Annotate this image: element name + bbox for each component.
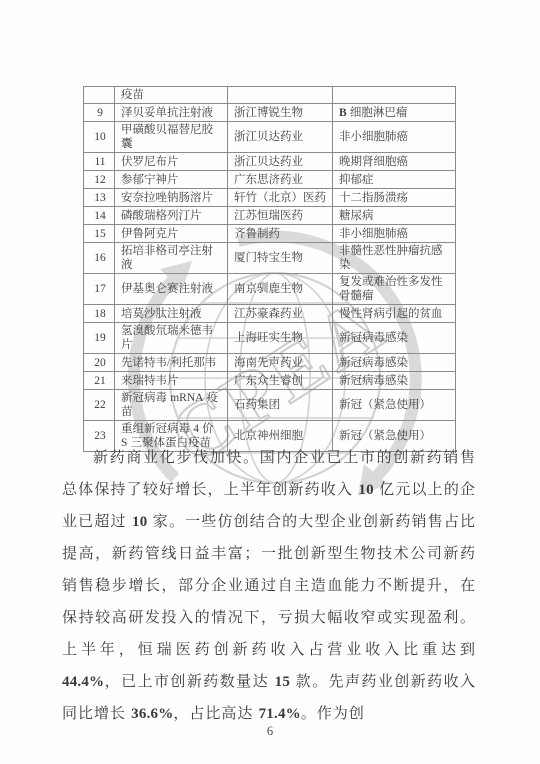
cell-no: 19 <box>84 323 115 354</box>
cell-no: 9 <box>84 104 115 122</box>
cell-indication: 十二指肠溃疡 <box>333 189 456 207</box>
table-row: 16 拓培非格司亭注射液 厦门特宝生物 非髓性恶性肿瘤抗感染 <box>84 243 456 274</box>
cell-indication: 抑郁症 <box>333 171 456 189</box>
cell-name: 先诺特韦/利托那韦 <box>115 354 228 372</box>
cell-indication: 非髓性恶性肿瘤抗感染 <box>333 243 456 274</box>
cell-company: 厦门特宝生物 <box>228 243 333 274</box>
cell-company: 浙江贝达药业 <box>228 153 333 171</box>
cell-company: 上海旺实生物 <box>228 323 333 354</box>
cell-no: 12 <box>84 171 115 189</box>
cell-no: 14 <box>84 207 115 225</box>
cell-name: 伏罗尼布片 <box>115 153 228 171</box>
cell-name: 新冠病毒 mRNA 疫苗 <box>115 390 228 421</box>
cell-name: 磷酸瑞格列汀片 <box>115 207 228 225</box>
cell-no <box>84 87 115 104</box>
table-row: 14 磷酸瑞格列汀片 江苏恒瑞医药 糖尿病 <box>84 207 456 225</box>
cell-company: 石药集团 <box>228 390 333 421</box>
cell-no: 13 <box>84 189 115 207</box>
cell-company: 浙江博锐生物 <box>228 104 333 122</box>
cell-name: 泽贝妥单抗注射液 <box>115 104 228 122</box>
table-row: 18 培莫沙肽注射液 江苏豪森药业 慢性肾病引起的贫血 <box>84 305 456 323</box>
cell-name: 伊鲁阿克片 <box>115 225 228 243</box>
cell-name: 甲磺酸贝福替尼胶囊 <box>115 122 228 153</box>
table-row: 19 氢溴酸氘瑞米德韦片 上海旺实生物 新冠病毒感染 <box>84 323 456 354</box>
cell-indication: 糖尿病 <box>333 207 456 225</box>
cell-indication <box>333 87 456 104</box>
table-row: 10 甲磺酸贝福替尼胶囊 浙江贝达药业 非小细胞肺癌 <box>84 122 456 153</box>
cell-company: 南京驯鹿生物 <box>228 274 333 305</box>
cell-no: 18 <box>84 305 115 323</box>
cell-no: 11 <box>84 153 115 171</box>
table-row: 21 来瑞特韦片 广东众生睿创 新冠病毒感染 <box>84 372 456 390</box>
table-row: 20 先诺特韦/利托那韦 海南先声药业 新冠病毒感染 <box>84 354 456 372</box>
table-row: 17 伊基奥仑赛注射液 南京驯鹿生物 复发或难治性多发性骨髓瘤 <box>84 274 456 305</box>
drug-table: 疫苗 9 泽贝妥单抗注射液 浙江博锐生物 B 细胞淋巴瘤 10 甲磺酸贝福替尼胶… <box>83 86 456 452</box>
cell-indication: 慢性肾病引起的贫血 <box>333 305 456 323</box>
cell-no: 20 <box>84 354 115 372</box>
cell-no: 17 <box>84 274 115 305</box>
cell-name: 来瑞特韦片 <box>115 372 228 390</box>
table-row: 13 安奈拉唑钠肠溶片 轩竹（北京）医药 十二指肠溃疡 <box>84 189 456 207</box>
cell-indication: 新冠病毒感染 <box>333 323 456 354</box>
cell-indication: 新冠病毒感染 <box>333 372 456 390</box>
cell-name: 氢溴酸氘瑞米德韦片 <box>115 323 228 354</box>
cell-company: 海南先声药业 <box>228 354 333 372</box>
cell-company: 广东众生睿创 <box>228 372 333 390</box>
cell-no: 21 <box>84 372 115 390</box>
cell-indication: 新冠病毒感染 <box>333 354 456 372</box>
cell-no: 16 <box>84 243 115 274</box>
table-row-continuation: 疫苗 <box>84 87 456 104</box>
cell-name: 培莫沙肽注射液 <box>115 305 228 323</box>
cell-company: 齐鲁制药 <box>228 225 333 243</box>
cell-name: 安奈拉唑钠肠溶片 <box>115 189 228 207</box>
cell-indication: 晚期肾细胞癌 <box>333 153 456 171</box>
drug-table-body: 疫苗 9 泽贝妥单抗注射液 浙江博锐生物 B 细胞淋巴瘤 10 甲磺酸贝福替尼胶… <box>84 87 456 452</box>
cell-company: 江苏恒瑞医药 <box>228 207 333 225</box>
cell-company: 广东思济药业 <box>228 171 333 189</box>
table-row: 15 伊鲁阿克片 齐鲁制药 非小细胞肺癌 <box>84 225 456 243</box>
table-row: 9 泽贝妥单抗注射液 浙江博锐生物 B 细胞淋巴瘤 <box>84 104 456 122</box>
cell-name: 拓培非格司亭注射液 <box>115 243 228 274</box>
cell-indication: B 细胞淋巴瘤 <box>333 104 456 122</box>
cell-name: 伊基奥仑赛注射液 <box>115 274 228 305</box>
cell-indication: 非小细胞肺癌 <box>333 122 456 153</box>
page-number: 6 <box>0 724 540 739</box>
cell-company <box>228 87 333 104</box>
cell-indication: 新冠（紧急使用） <box>333 390 456 421</box>
cell-indication: 复发或难治性多发性骨髓瘤 <box>333 274 456 305</box>
cell-company: 轩竹（北京）医药 <box>228 189 333 207</box>
table-row: 11 伏罗尼布片 浙江贝达药业 晚期肾细胞癌 <box>84 153 456 171</box>
cell-company: 浙江贝达药业 <box>228 122 333 153</box>
document-page: CPEA 疫苗 9 泽贝妥单抗注射液 浙江博锐生物 B 细胞淋巴瘤 10 甲磺酸… <box>0 0 540 764</box>
table-row: 22 新冠病毒 mRNA 疫苗 石药集团 新冠（紧急使用） <box>84 390 456 421</box>
cell-no: 15 <box>84 225 115 243</box>
cell-indication: 非小细胞肺癌 <box>333 225 456 243</box>
drug-approval-table: 疫苗 9 泽贝妥单抗注射液 浙江博锐生物 B 细胞淋巴瘤 10 甲磺酸贝福替尼胶… <box>83 86 455 452</box>
cell-name: 疫苗 <box>115 87 228 104</box>
cell-company: 江苏豪森药业 <box>228 305 333 323</box>
cell-no: 22 <box>84 390 115 421</box>
cell-no: 10 <box>84 122 115 153</box>
cell-name: 参郁宁神片 <box>115 171 228 189</box>
table-row: 12 参郁宁神片 广东思济药业 抑郁症 <box>84 171 456 189</box>
body-paragraph: 新药商业化步伐加快。国内企业已上市的创新药销售总体保持了较好增长，上半年创新药收… <box>62 442 476 730</box>
